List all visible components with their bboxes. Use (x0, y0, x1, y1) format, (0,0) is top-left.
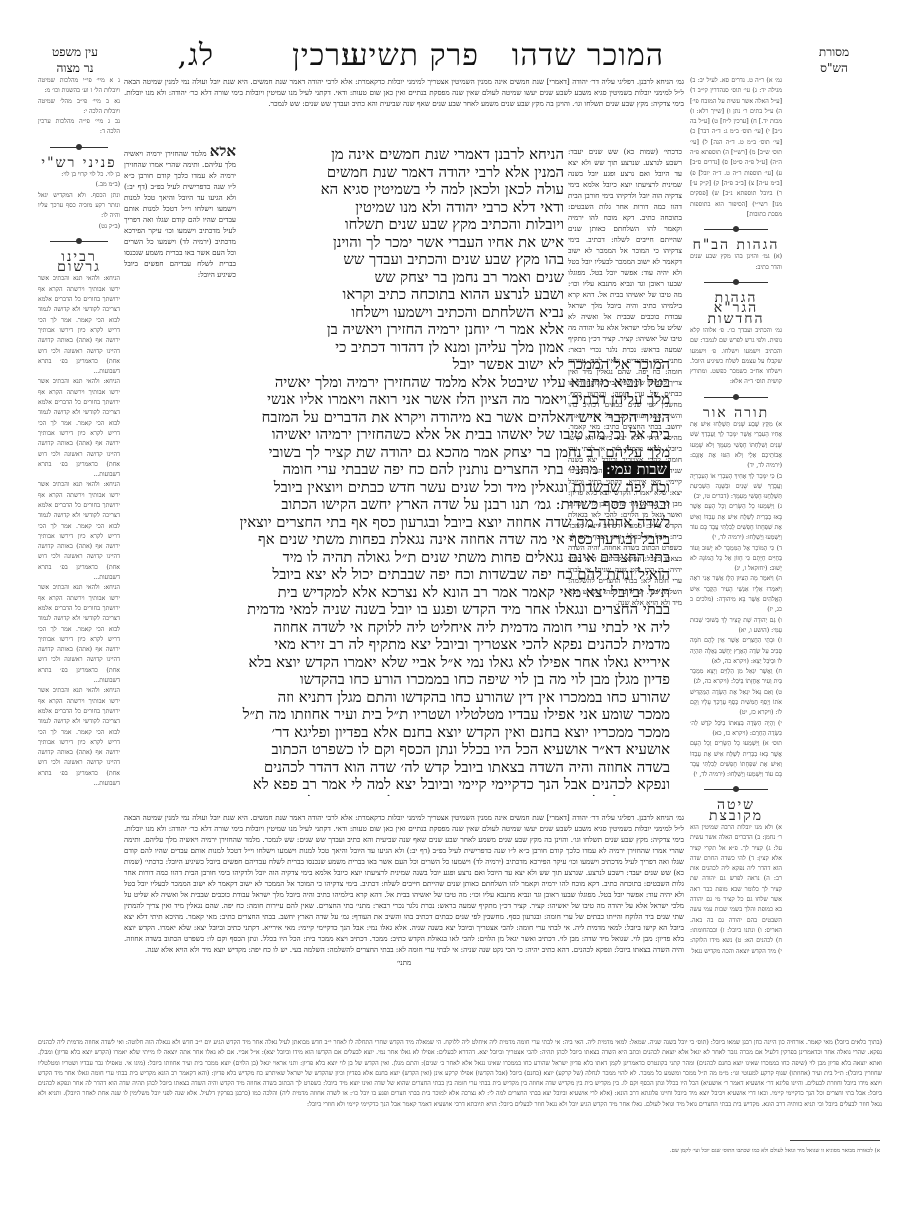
torah-or-verse: ב) כִּי יִמָּכֵר לְךָ אָחִיךָ הָעִבְרִי … (690, 472, 782, 503)
rashi-text: גמ׳ הניחא לרבנן. דפליגי עליה דר׳ יהודה [… (124, 77, 684, 108)
left-margin-column: נ א מיי׳ פי״י מהלכות שמיטה ויובלות הל׳ ז… (38, 76, 120, 1036)
gemara-line: ויובלות והכתיב מקץ שבע שנים תשלחו (240, 216, 564, 234)
torah-or-verse: תוס׳ א) וַיִּשְׁמְעוּ כָל הַשָּׂרִים וְכ… (690, 739, 782, 780)
torah-or-verse: ט) וְאִם גָּאֹל יִגְאַל אֶת הַשָּׂדֶה הַ… (690, 688, 782, 719)
torah-or-verse: י) וְהָיָה הַשָּׂדֶה בְּצֵאתוֹ בַיֹּבֵל … (690, 719, 782, 740)
torah-or-verse: א) מִקֵּץ שֶׁבַע שָׁנִים תְּשַׁלְּחוּ אִ… (690, 420, 782, 471)
pnei-rashi-entry: בן לוי. כל לוי קרוי בן לוי: (38, 170, 120, 180)
rashi-top-band: גמ׳ הניחא לרבנן. דפליגי עליה דר׳ יהודה [… (124, 76, 684, 142)
footnote: א) לכאורה מבואר מסוגיא זו שגואל מיד וגוא… (40, 1148, 880, 1154)
gemara-line: בבתי החצרים ונגאלו אחר מיד הקדש ופגע בו … (238, 601, 670, 619)
mishnah-closing: מתני׳ (124, 957, 684, 968)
rabbeinu-gershom-text: הניחא: ולהאי תנא והכתיב אשר ירשו אבותיך … (38, 377, 120, 480)
rabbeinu-gershom-text: הניחא: ולהאי תנא והכתיב אשר ירשו אבותיך … (38, 583, 120, 686)
tosafot-outer-lower-text: כדכתי׳ (שמות כא) שש שנים יעבד: רשבע לנרצ… (124, 857, 684, 954)
ein-mishpat-entry: נא ב מיי׳ פי״ב מהל׳ שמיטה ויובלות הלכה י… (38, 97, 120, 118)
gemara-line: ובגרעון כסף כשדות: גמ׳ תנו רבנן על שדה ה… (238, 496, 670, 514)
tosafot-dibbur-hamatchil: אלא (210, 146, 236, 160)
hagahot-gra-text: גמ׳ והכתיב ועבדך כו׳. פ׳ אלוהו קלא נופית… (690, 326, 782, 388)
ein-mishpat-block: נ א מיי׳ פי״י מהלכות שמיטה ויובלות הל׳ ז… (38, 76, 120, 138)
torah-or-verse: ד) כִּי הַמּוֹכֵר אֶל הַמִּמְכָּר לֹא יָ… (690, 544, 782, 575)
gemara-line: העיר הקבר איש האלהים אשר בא מיהודה ויקרא… (238, 409, 670, 427)
mishnah-marker: שבות עמי: (603, 461, 670, 478)
gemara-line: וכח יפה שבשדות ונגאלין מיד וכל שנים עשר … (238, 479, 670, 497)
ein-mishpat-label: עין משפט נר מצוה (40, 44, 110, 76)
masoret-hashas-text: גמ׳ א) ר״ה ט. נדרים סא. לעיל יב: ב) מגיל… (690, 76, 782, 220)
gemara-line: ת״ל וביובל יצא מאי קאמר אמר רב הונא לא נ… (238, 584, 670, 602)
gemara-line: ממכר שומע אני אפילו עבדיו מטלטליו ושטריו… (238, 706, 670, 724)
ornament-divider (704, 226, 768, 234)
tosafot-column: אלא מלמד שהחזירן ירמיה ויאשיה מלך עליהם.… (124, 146, 236, 926)
gemara-line: ליה אי לבתי ערי חומה מדמית ליה איחליט לי… (238, 619, 670, 637)
torah-or-verse: ג) וַיִּשְׁמְעוּ כָל הַשָּׂרִים וְכָל הָ… (690, 502, 782, 543)
gemara-line: נצרכא אלא למוכר בית בבתי החצרים ופגע בו … (238, 794, 670, 797)
gemara-line: ממכר ממכריו יוצא בחנם ואין הקדש יוצא בחנ… (238, 724, 670, 742)
gemara-line: שנים ואמר רב נחמן בר יצחק שש (240, 269, 564, 287)
ornament-divider (50, 144, 107, 152)
ornament-divider (704, 394, 768, 402)
gemara-line: בטל ונביא מתנבא עליו שיבטל אלא מלמד שהחז… (238, 374, 670, 392)
gemara-line: בתי החצרים אינם נגאלים פחות משתי שנים ת״… (238, 549, 670, 567)
right-margin-column: גמ׳ א) ר״ה ט. נדרים סא. לעיל יב: ב) מגיל… (690, 76, 782, 1036)
rabbeinu-gershom-text: הניחא: ולהאי תנא והכתיב אשר ירשו אבותיך … (38, 480, 120, 583)
footnote-rule (790, 1140, 880, 1141)
gemara-line: פדיון מגלן מבן לוי מה בן לוי שיפה כחו במ… (238, 671, 670, 689)
tosafot-text: מלמד שהחזירן ירמיה ויאשיה מלך עליהם. ותי… (124, 149, 236, 279)
gemara-line: ושבע לנרצע ההוא בתוכחה כתיב וקראו (240, 286, 564, 304)
torah-or-verse: ח) וַאֲשֶׁר יִגְאַל מִן הַלְוִיִּם וְיָצ… (690, 667, 782, 688)
hagahot-bach-title: הגהות הב"ח (690, 240, 782, 250)
ornament-divider (50, 238, 107, 246)
chapter-title: המוכר שדהו (512, 38, 664, 73)
gemara-line: בשדה אחוזה והיה השדה בצאתו ביובל קדש לה׳… (238, 759, 670, 777)
gemara-line: איש את אחיו העברי אשר ימכר לך והוינן (240, 234, 564, 252)
gemara-line: אירייא גאלו אחר אפילו לא גאלו נמי א״ל אב… (238, 654, 670, 672)
torah-or-verse: ה) וַיֹּאמֶר מָה הַצִּיּוּן הַלָּז אֲשֶׁ… (690, 574, 782, 615)
gemara-line: אלא אמר ר׳ יוחנן ירמיה החזירן ויאשיה בן (240, 321, 564, 339)
gemara-line: ודאי דלא כרבי יהודה ולא מנו שמיטין (240, 199, 564, 217)
pnei-rashi-ref: (ב״מ מב.) (38, 180, 120, 190)
ein-mishpat-entry: נ א מיי׳ פי״י מהלכות שמיטה ויובלות הל׳ ז… (38, 76, 120, 97)
gemara-line: הניחא לרבנן דאמרי שנת חמשים אינה מן (240, 146, 564, 164)
mishnah-line: שבות עמי: מתני׳ בתי החצרים נותנין להם כח… (238, 461, 670, 479)
rabbeinu-gershom-text: הניחא: ולהאי תנא והכתיב אשר ירשו אבותיך … (38, 686, 120, 789)
folio-number: לג, (178, 38, 214, 73)
ein-mishpat-entry: נב ג מיי׳ פי״ה מהלכות ערכין הלכה ד: (38, 117, 120, 138)
gemara-line: נביא השלחתם והכתיב וישמעו וישלחו (240, 304, 564, 322)
gemara-line: מלך עליהן דכתיב ויאמר מה הציון הלז אשר א… (238, 391, 670, 409)
torah-or-verse: ו) גַּם יְהוּדָה שָׁת קָצִיר לָךְ בְּשׁו… (690, 616, 782, 637)
perek-title: פרק תשיעי (342, 38, 479, 73)
gemara-upper: הניחא לרבנן דאמרי שנת חמשים אינה מן המני… (240, 146, 564, 366)
gemara-line: עולה לכאן ולכאן למה לי בשמיטין סגיא הא (240, 181, 564, 199)
gemara-line: לשדה אחוזה מה שדה אחוזה יוצא ביובל ובגרע… (238, 514, 670, 532)
torah-or-title: תורה אור (690, 408, 782, 418)
masoret-hashas-label: מסורת הש"ס (799, 44, 869, 76)
gemara-line: מלך עליהם רב נחמן בר יצחק אמר מהכא גם יה… (238, 444, 670, 462)
rabbeinu-gershom-title: רבינו גרשום (38, 252, 120, 273)
hagahot-gra-title: הגהות הגר"א החדשות (690, 293, 782, 324)
gemara-line: הואיל ונתת להם כח יפה שבשדות וכח יפה שבב… (238, 566, 670, 584)
gemara-line: בית אל וכי מה טיבו של יאשהו בבית אל אלא … (238, 426, 670, 444)
shita-mekubetzet-title: שיטה מקובצת (690, 800, 782, 821)
gemara-lower: המוכר אל הממכר לא ישוב אפשר יובל בטל ונב… (238, 356, 670, 796)
tractate-title: ערכין (292, 38, 359, 73)
pnei-rashi-title: פניני רש"י (38, 158, 120, 168)
commentary-lower-band: גמ׳ הניחא לרבנן. דפליגי עליה דר׳ יהודה [… (124, 812, 684, 1022)
ornament-divider (704, 786, 768, 794)
hagahot-bach-text: (א) גמ׳ והוינן בהו מקץ שבע שנים והדר כתי… (690, 252, 782, 273)
pnei-rashi-entry: ונתן הכסף. ולא המקדיש יגאל ונותר רקע מזכ… (38, 191, 120, 222)
bottom-commentary: (בתוך כלאים ביובל) מאי קאמר. אורחיה כון … (38, 1038, 882, 1136)
pnei-rashi-ref: (ב״ק נט) (38, 222, 120, 232)
gemara-line: שהורע כחו בממכרו אין דין שהורע כחו בהקדש… (238, 689, 670, 707)
torah-or-verse: ז) וּבָתֵּי הַחֲצֵרִים אֲשֶׁר אֵין לָהֶם… (690, 636, 782, 667)
rabbeinu-gershom-text: הניחא: ולהאי תנא והכתיב אשר ירשו אבותיך … (38, 274, 120, 377)
shita-mekubetzet-text: א) ולא מנו יובלות הרבה שמיטין הוא ר׳ נחמ… (690, 823, 782, 957)
gemara-line: בהו מקץ שבע שנים והכתיב ועבדך שש (240, 251, 564, 269)
gemara-line: המוכר אל הממכר לא ישוב אפשר יובל (238, 356, 670, 374)
gemara-line: ונפקא לכהנים אבל הנך כדקיימי קיימי וביוב… (238, 776, 670, 794)
ornament-divider (704, 279, 768, 287)
gemara-line: ביובל ובגרעון כסף אי מה שדה אחוזה אינה נ… (238, 531, 670, 549)
gemara-line: אושעיא דא״ר אושעיא הכל היו בכלל ונתן הכס… (238, 741, 670, 759)
bottom-commentary-text: (בתוך כלאים ביובל) מאי קאמר. אורחיה כון … (38, 1039, 882, 1108)
gemara-line: אמון מלך עליהן ומנא לן דהדור דכתיב כי (240, 339, 564, 357)
gemara-line: המנין אלא לרבי יהודה דאמר שנת חמשים (240, 164, 564, 182)
gemara-line: מדמית לכהנים נפקא להכי אצטריך וביובל יצא… (238, 636, 670, 654)
